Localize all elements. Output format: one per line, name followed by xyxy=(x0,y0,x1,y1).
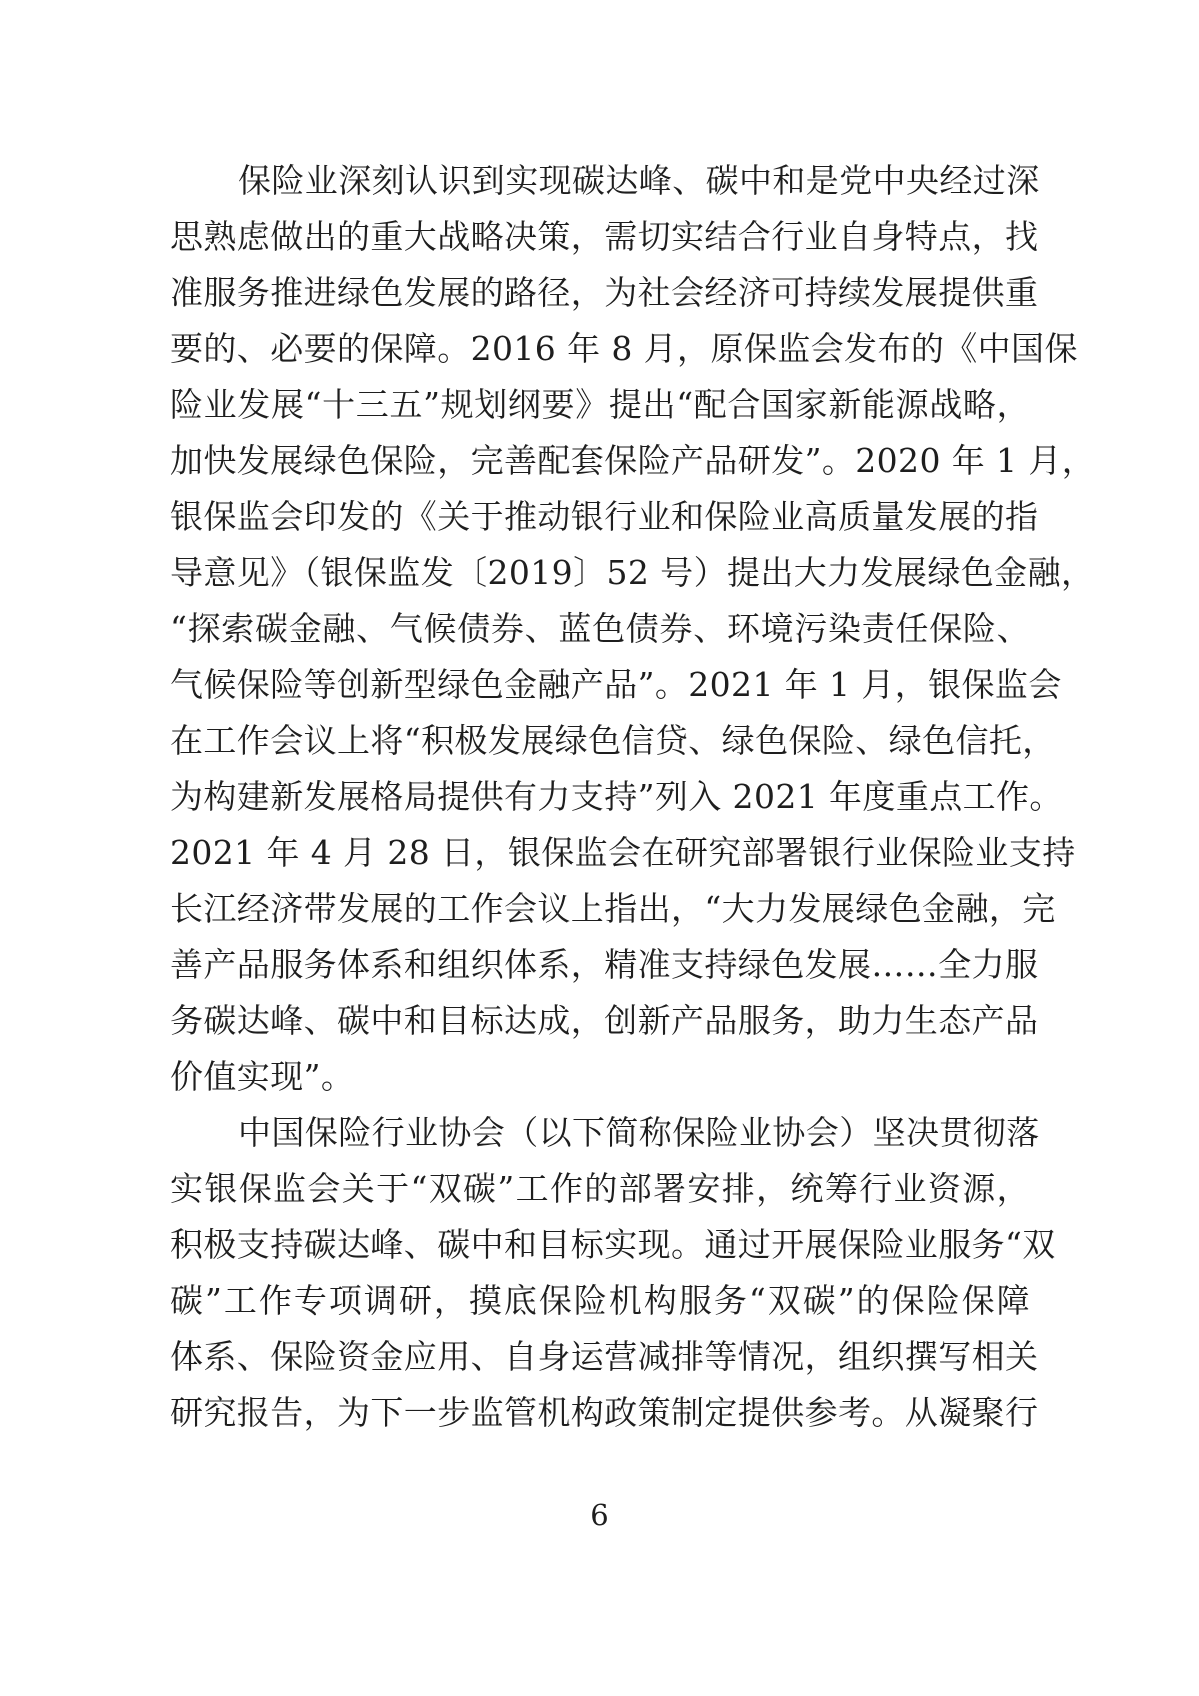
page-number: 6 xyxy=(0,1494,1199,1536)
text-line: 善产品服务体系和组织体系，精准支持绿色发展……全力服 xyxy=(170,937,1030,993)
text-line: 2021 年 4 月 28 日，银保监会在研究部署银行业保险业支持 xyxy=(170,825,1030,881)
text-line: 长江经济带发展的工作会议上指出，“大力发展绿色金融，完 xyxy=(170,881,1030,937)
text-line: 体系、保险资金应用、自身运营减排等情况，组织撰写相关 xyxy=(170,1329,1030,1385)
text-line: 准服务推进绿色发展的路径，为社会经济可持续发展提供重 xyxy=(170,265,1030,321)
text-line: 导意见》（银保监发〔2019〕52 号）提出大力发展绿色金融， xyxy=(170,545,1030,601)
document-page: 保险业深刻认识到实现碳达峰、碳中和是党中央经过深思熟虑做出的重大战略决策，需切实… xyxy=(0,0,1199,1696)
text-line: “探索碳金融、气候债券、蓝色债券、环境污染责任保险、 xyxy=(170,601,1030,657)
text-line: 保险业深刻认识到实现碳达峰、碳中和是党中央经过深 xyxy=(170,153,1030,209)
text-line: 加快发展绿色保险，完善配套保险产品研发”。2020 年 1 月， xyxy=(170,433,1030,489)
text-line: 价值实现”。 xyxy=(170,1049,1030,1105)
document-body: 保险业深刻认识到实现碳达峰、碳中和是党中央经过深思熟虑做出的重大战略决策，需切实… xyxy=(170,153,1030,1441)
text-line: 银保监会印发的《关于推动银行业和保险业高质量发展的指 xyxy=(170,489,1030,545)
text-line: 为构建新发展格局提供有力支持”列入 2021 年度重点工作。 xyxy=(170,769,1030,825)
paragraph: 保险业深刻认识到实现碳达峰、碳中和是党中央经过深思熟虑做出的重大战略决策，需切实… xyxy=(170,153,1030,1105)
text-line: 积极支持碳达峰、碳中和目标实现。通过开展保险业服务“双 xyxy=(170,1217,1030,1273)
text-line: 研究报告，为下一步监管机构政策制定提供参考。从凝聚行 xyxy=(170,1385,1030,1441)
text-line: 在工作会议上将“积极发展绿色信贷、绿色保险、绿色信托， xyxy=(170,713,1030,769)
text-line: 务碳达峰、碳中和目标达成，创新产品服务，助力生态产品 xyxy=(170,993,1030,1049)
text-line: 思熟虑做出的重大战略决策，需切实结合行业自身特点，找 xyxy=(170,209,1030,265)
text-line: 气候保险等创新型绿色金融产品”。2021 年 1 月，银保监会 xyxy=(170,657,1030,713)
text-line: 要的、必要的保障。2016 年 8 月，原保监会发布的《中国保 xyxy=(170,321,1030,377)
text-line: 碳”工作专项调研，摸底保险机构服务“双碳”的保险保障 xyxy=(170,1273,1030,1329)
paragraph: 中国保险行业协会（以下简称保险业协会）坚决贯彻落实银保监会关于“双碳”工作的部署… xyxy=(170,1105,1030,1441)
text-line: 险业发展“十三五”规划纲要》提出“配合国家新能源战略， xyxy=(170,377,1030,433)
text-line: 实银保监会关于“双碳”工作的部署安排，统筹行业资源， xyxy=(170,1161,1030,1217)
text-line: 中国保险行业协会（以下简称保险业协会）坚决贯彻落 xyxy=(170,1105,1030,1161)
